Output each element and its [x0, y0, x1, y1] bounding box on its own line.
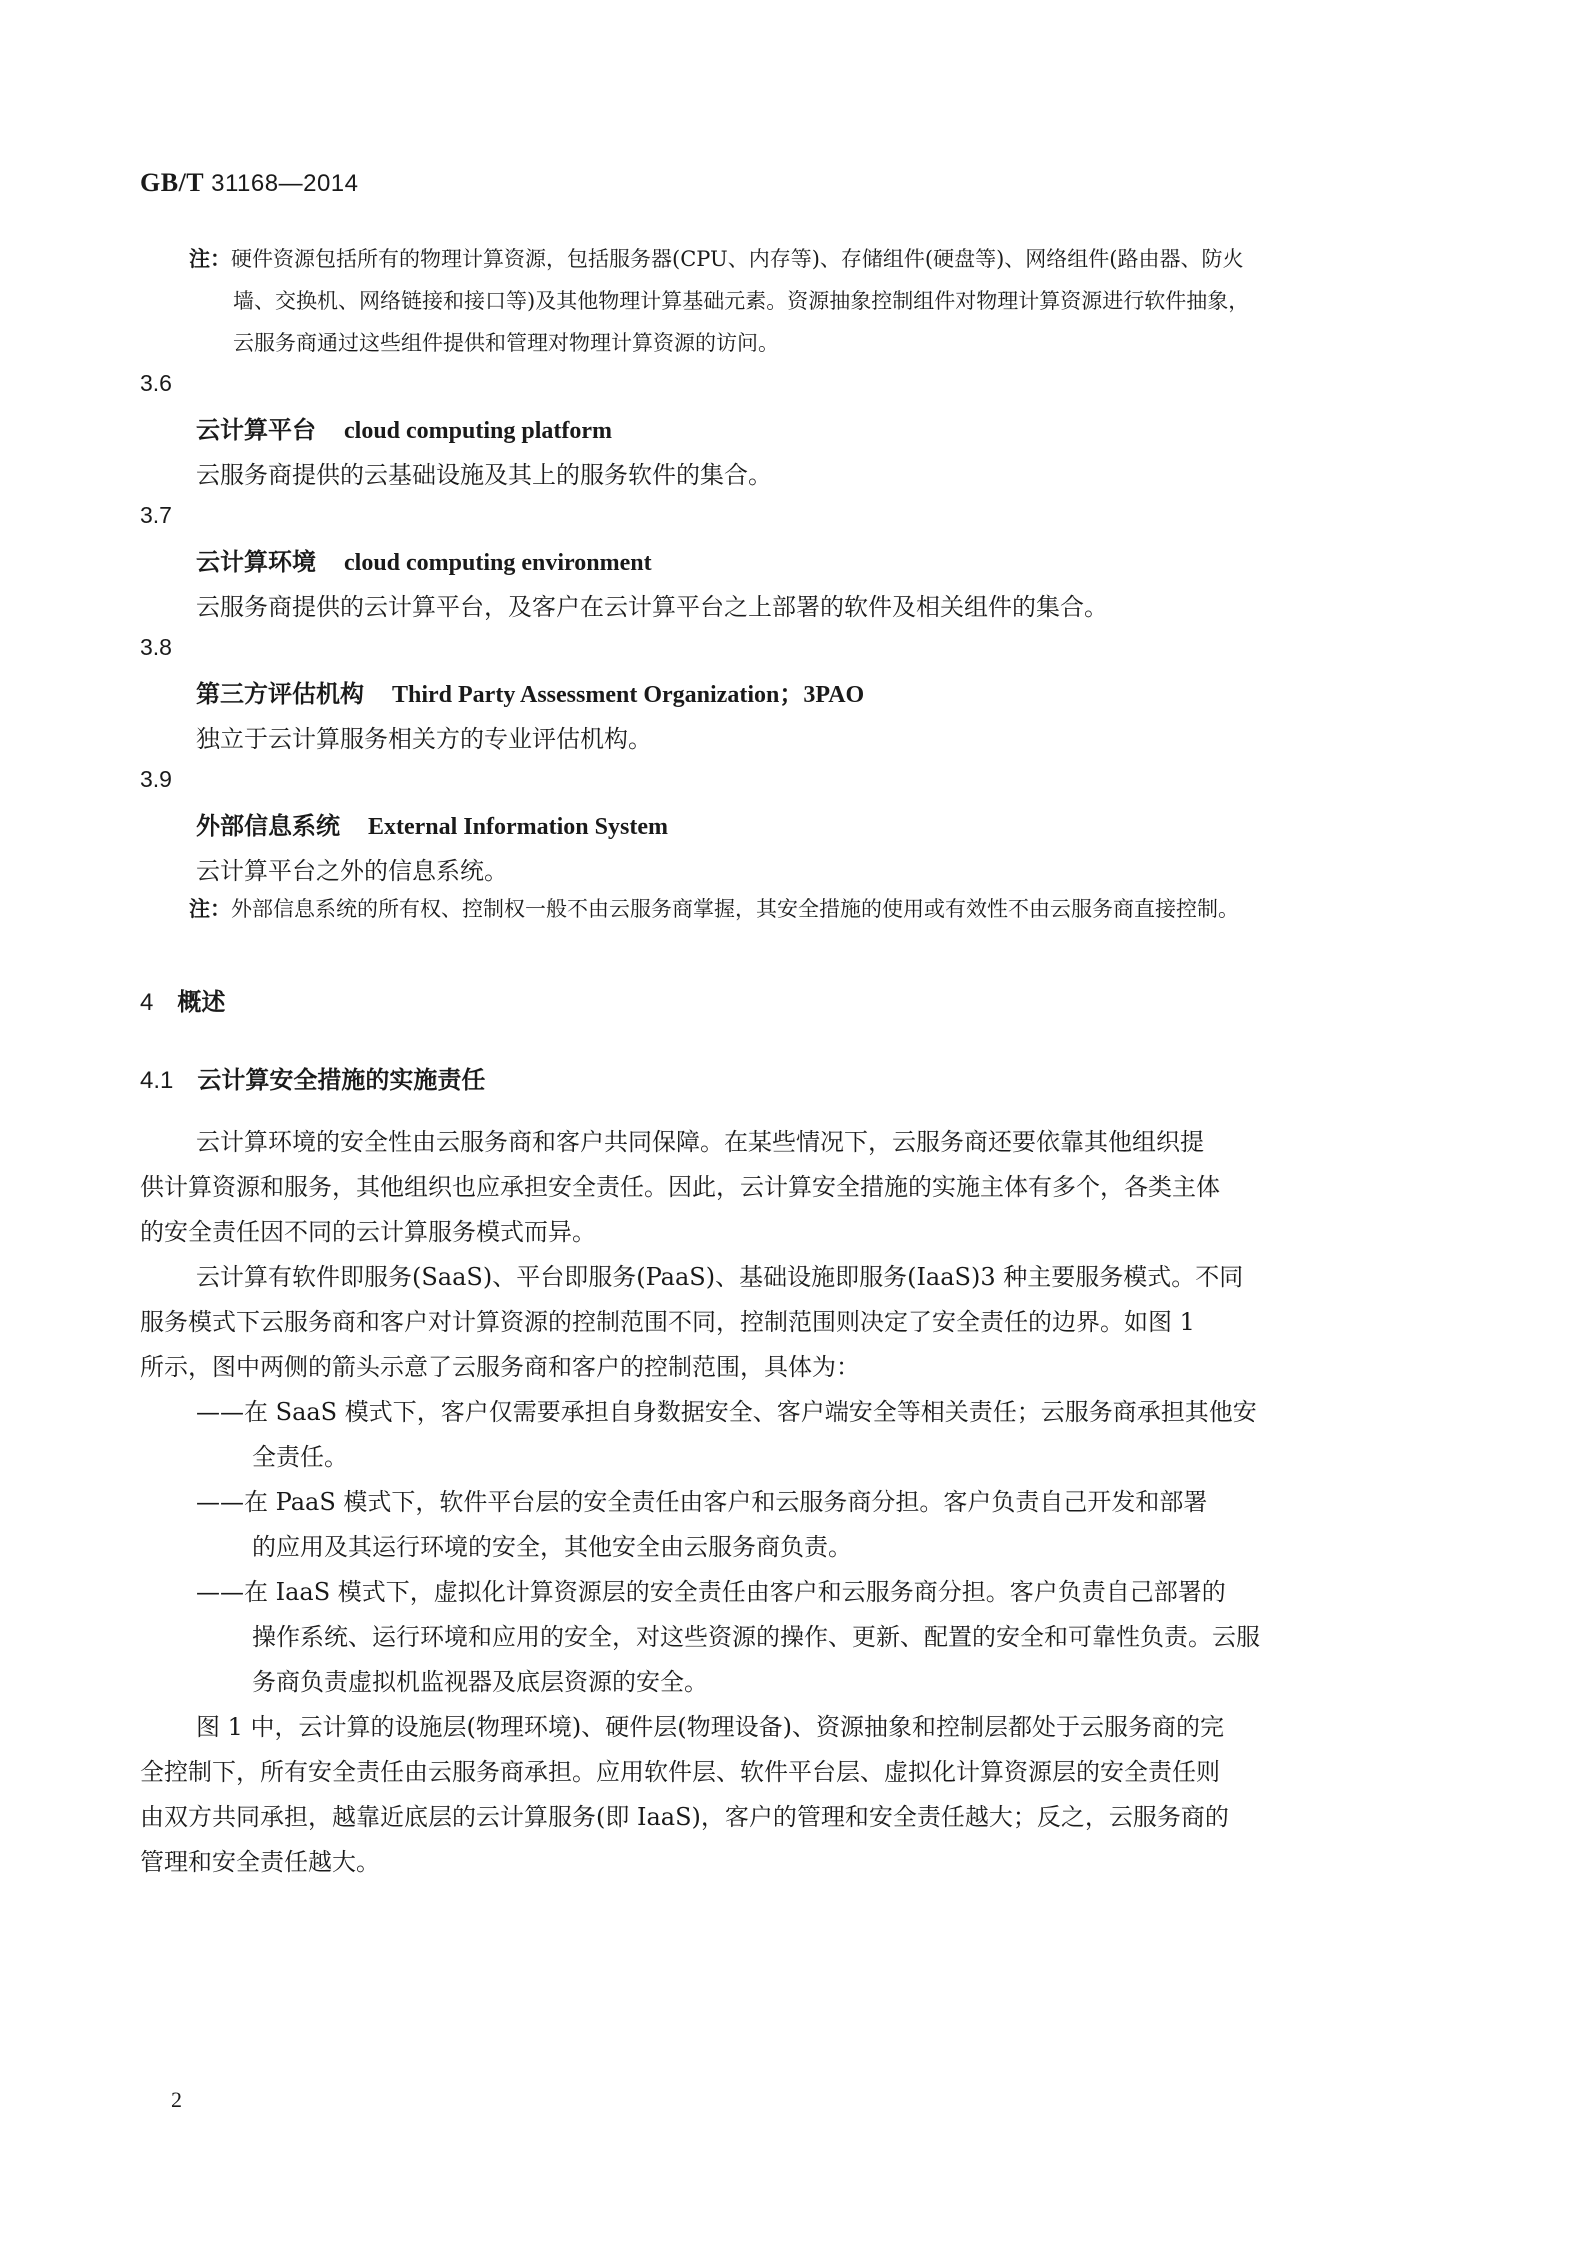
- note-hardware-line-3: 云服务商通过这些组件提供和管理对物理计算资源的访问。: [233, 328, 779, 358]
- bullet-iaas-line-3: 务商负责虚拟机监视器及底层资源的安全。: [252, 1662, 708, 1697]
- section-title: 云计算安全措施的实施责任: [197, 1065, 485, 1094]
- bullet-saas-line-1: ——在 SaaS 模式下，客户仅需要承担自身数据安全、客户端安全等相关责任；云服…: [196, 1392, 1257, 1427]
- term-definition: 云服务商提供的云计算平台，及客户在云计算平台之上部署的软件及相关组件的集合。: [196, 587, 1108, 622]
- standard-number: 31168—2014: [211, 170, 358, 197]
- paragraph-2-line-2: 服务模式下云服务商和客户对计算资源的控制范围不同，控制范围则决定了安全责任的边界…: [140, 1302, 1195, 1337]
- term-en: cloud computing platform: [344, 418, 612, 444]
- term-en: External Information System: [368, 814, 668, 840]
- page-number: 2: [171, 2087, 182, 2113]
- note-label: 注：: [189, 896, 231, 921]
- paragraph-2-line-1: 云计算有软件即服务(SaaS)、平台即服务(PaaS)、基础设施即服务(IaaS…: [196, 1257, 1243, 1292]
- standard-code-header: GB/T 31168—2014: [140, 168, 359, 198]
- term-heading: 云计算环境cloud computing environment: [196, 542, 652, 577]
- bullet-paas-line-2: 的应用及其运行环境的安全，其他安全由云服务商负责。: [252, 1527, 852, 1562]
- section-number: 4.1: [140, 1067, 173, 1094]
- bullet-iaas-line-2: 操作系统、运行环境和应用的安全，对这些资源的操作、更新、配置的安全和可靠性负责。…: [252, 1617, 1260, 1652]
- bullet-saas-line-2: 全责任。: [252, 1437, 348, 1472]
- section-heading-4-1: 4.1云计算安全措施的实施责任: [140, 1060, 485, 1095]
- standard-prefix: GB/T: [140, 168, 204, 197]
- term-heading: 外部信息系统External Information System: [196, 806, 668, 841]
- bullet-iaas-line-1: ——在 IaaS 模式下，虚拟化计算资源层的安全责任由客户和云服务商分担。客户负…: [196, 1572, 1226, 1607]
- term-zh: 第三方评估机构: [196, 679, 364, 708]
- paragraph-3-line-2: 全控制下，所有安全责任由云服务商承担。应用软件层、软件平台层、虚拟化计算资源层的…: [140, 1752, 1220, 1787]
- term-zh: 云计算环境: [196, 547, 316, 576]
- term-definition: 云服务商提供的云基础设施及其上的服务软件的集合。: [196, 455, 772, 490]
- term-en: cloud computing environment: [344, 550, 652, 576]
- note-label: 注：: [189, 246, 231, 271]
- term-number: 3.8: [140, 634, 172, 661]
- paragraph-1-line-3: 的安全责任因不同的云计算服务模式而异。: [140, 1212, 596, 1247]
- term-zh: 云计算平台: [196, 415, 316, 444]
- bullet-paas-line-1: ——在 PaaS 模式下，软件平台层的安全责任由客户和云服务商分担。客户负责自己…: [196, 1482, 1207, 1517]
- paragraph-3-line-1: 图 1 中，云计算的设施层(物理环境)、硬件层(物理设备)、资源抽象和控制层都处…: [196, 1707, 1224, 1742]
- paragraph-1-line-2: 供计算资源和服务，其他组织也应承担安全责任。因此，云计算安全措施的实施主体有多个…: [140, 1167, 1220, 1202]
- note-hardware-line-2: 墙、交换机、网络链接和接口等)及其他物理计算基础元素。资源抽象控制组件对物理计算…: [233, 286, 1249, 316]
- paragraph-2-line-3: 所示，图中两侧的箭头示意了云服务商和客户的控制范围，具体为：: [140, 1347, 860, 1382]
- term-definition: 云计算平台之外的信息系统。: [196, 851, 508, 886]
- term-heading: 第三方评估机构Third Party Assessment Organizati…: [196, 674, 864, 709]
- term-number: 3.9: [140, 766, 172, 793]
- note-external: 注：外部信息系统的所有权、控制权一般不由云服务商掌握，其安全措施的使用或有效性不…: [189, 894, 1239, 924]
- term-number: 3.6: [140, 370, 172, 397]
- section-heading-4: 4概述: [140, 982, 225, 1017]
- section-number: 4: [140, 989, 153, 1016]
- term-zh: 外部信息系统: [196, 811, 340, 840]
- section-title: 概述: [177, 987, 225, 1016]
- term-en: Third Party Assessment Organization；3PAO: [392, 682, 864, 708]
- term-heading: 云计算平台cloud computing platform: [196, 410, 612, 445]
- paragraph-1-line-1: 云计算环境的安全性由云服务商和客户共同保障。在某些情况下，云服务商还要依靠其他组…: [196, 1122, 1204, 1157]
- term-definition: 独立于云计算服务相关方的专业评估机构。: [196, 719, 652, 754]
- term-number: 3.7: [140, 502, 172, 529]
- paragraph-3-line-3: 由双方共同承担，越靠近底层的云计算服务(即 IaaS)，客户的管理和安全责任越大…: [140, 1797, 1229, 1832]
- note-hardware-line-1: 注：硬件资源包括所有的物理计算资源，包括服务器(CPU、内存等)、存储组件(硬盘…: [189, 244, 1244, 274]
- paragraph-3-line-4: 管理和安全责任越大。: [140, 1842, 380, 1877]
